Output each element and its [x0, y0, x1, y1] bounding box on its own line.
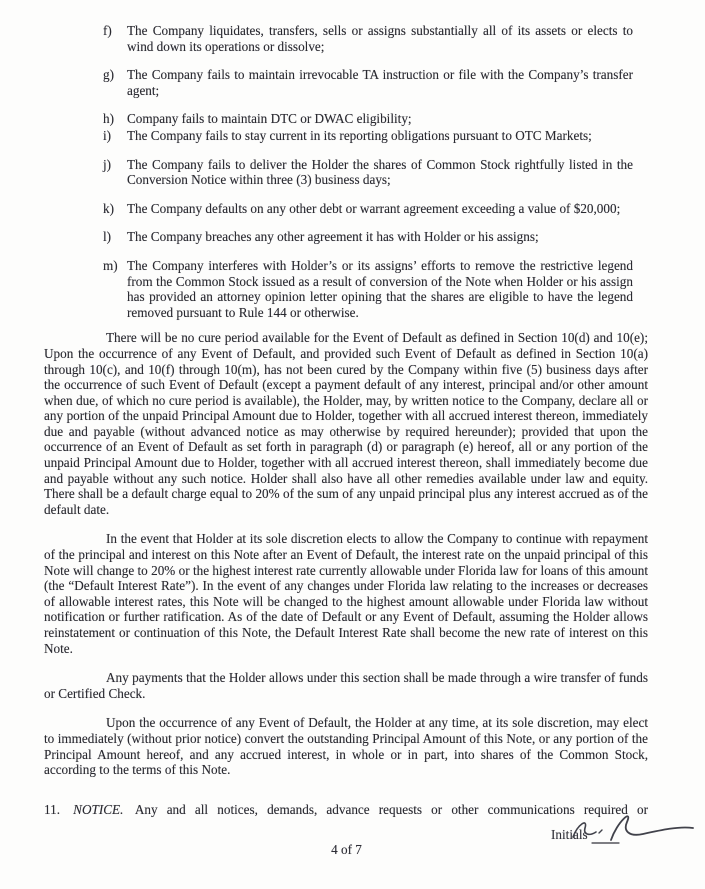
list-item: i) The Company fails to stay current in … — [103, 128, 633, 144]
list-item-letter: l) — [103, 229, 127, 245]
list-item: m) The Company interferes with Holder’s … — [103, 258, 633, 320]
page-number: 4 of 7 — [0, 842, 693, 858]
list-item-letter: f) — [103, 23, 127, 54]
section-heading: NOTICE. — [73, 802, 126, 817]
list-item: j) The Company fails to deliver the Hold… — [103, 157, 633, 188]
list-item-text: The Company breaches any other agreement… — [127, 229, 633, 245]
list-item-text: Company fails to maintain DTC or DWAC el… — [127, 111, 633, 127]
section-number: 11. — [44, 802, 64, 817]
paragraph-no-cure-period: There will be no cure period available f… — [44, 330, 648, 517]
list-item-text: The Company fails to deliver the Holder … — [127, 157, 633, 188]
paragraph-conversion-on-default: Upon the occurrence of any Event of Defa… — [44, 715, 648, 777]
list-item-letter: h) — [103, 111, 127, 127]
document-page: f) The Company liquidates, transfers, se… — [0, 0, 705, 889]
default-events-list: f) The Company liquidates, transfers, se… — [103, 23, 633, 320]
list-item-letter: i) — [103, 128, 127, 144]
list-item-text: The Company fails to stay current in its… — [127, 128, 633, 144]
list-item: f) The Company liquidates, transfers, se… — [103, 23, 633, 54]
list-item-text: The Company defaults on any other debt o… — [127, 201, 633, 217]
list-item-text: The Company liquidates, transfers, sells… — [127, 23, 633, 54]
list-item-text: The Company fails to maintain irrevocabl… — [127, 67, 633, 98]
list-item-text: The Company interferes with Holder’s or … — [127, 258, 633, 320]
paragraph-default-interest-rate: In the event that Holder at its sole dis… — [44, 531, 648, 656]
list-item-letter: g) — [103, 67, 127, 98]
list-item: k) The Company defaults on any other deb… — [103, 201, 633, 217]
list-item: h) Company fails to maintain DTC or DWAC… — [103, 111, 633, 127]
paragraph-wire-transfer: Any payments that the Holder allows unde… — [44, 670, 648, 701]
list-item: g) The Company fails to maintain irrevoc… — [103, 67, 633, 98]
list-item-letter: j) — [103, 157, 127, 188]
list-item-letter: m) — [103, 258, 127, 320]
list-item-letter: k) — [103, 201, 127, 217]
list-item: l) The Company breaches any other agreem… — [103, 229, 633, 245]
